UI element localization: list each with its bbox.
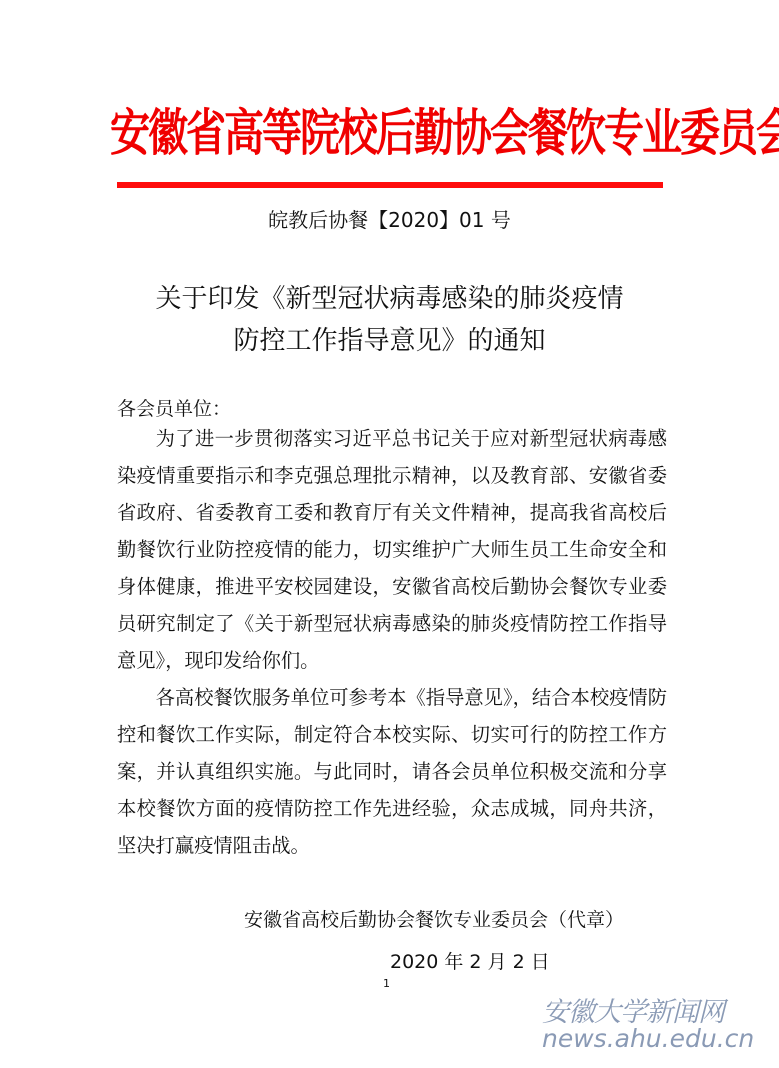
notice-title: 关于印发《新型冠状病毒感染的肺炎疫情 防控工作指导意见》的通知	[0, 278, 779, 362]
notice-title-line-2: 防控工作指导意见》的通知	[0, 320, 779, 362]
signature-organization: 安徽省高校后勤协会餐饮专业委员会（代章）	[244, 905, 624, 935]
notice-title-line-1: 关于印发《新型冠状病毒感染的肺炎疫情	[0, 278, 779, 320]
red-divider-line	[117, 182, 663, 188]
body-text: 为了进一步贯彻落实习近平总书记关于应对新型冠状病毒感染疫情重要指示和李克强总理批…	[117, 420, 667, 864]
document-number: 皖教后协餐【2020】01 号	[0, 206, 779, 234]
paragraph-1: 为了进一步贯彻落实习近平总书记关于应对新型冠状病毒感染疫情重要指示和李克强总理批…	[117, 420, 667, 679]
page-number: 1	[383, 977, 390, 990]
signature-date: 2020 年 2 月 2 日	[390, 947, 550, 977]
watermark-url: news.ahu.edu.cn	[542, 1024, 754, 1053]
paragraph-2: 各高校餐饮服务单位可参考本《指导意见》，结合本校疫情防控和餐饮工作实际，制定符合…	[117, 679, 667, 864]
organization-header-title: 安徽省高等院校后勤协会餐饮专业委员会	[110, 96, 680, 171]
